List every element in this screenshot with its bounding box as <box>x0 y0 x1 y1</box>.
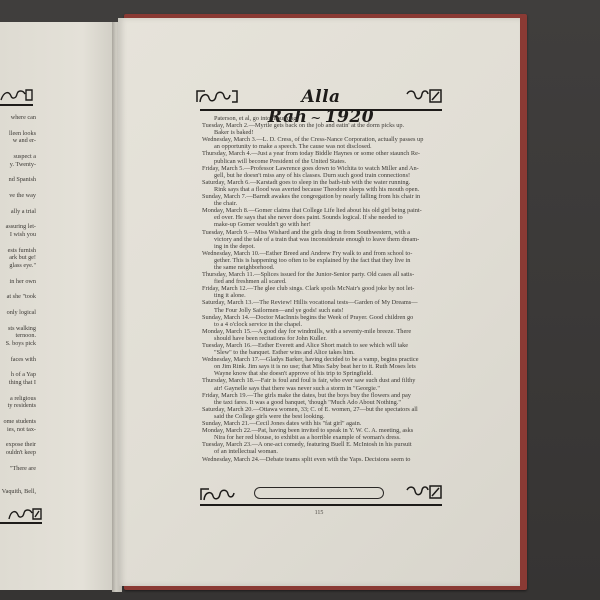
diary-entry-continuation: "Slew" to the banquet. Esther wins and A… <box>202 349 434 356</box>
page-header: Alla Rah~1920 <box>196 87 442 109</box>
diary-entry-continuation: of an intellectual woman. <box>202 448 434 455</box>
diary-entry: Tuesday, March 9.—Miss Wishard and the g… <box>202 229 434 250</box>
diary-entry-continuation: an opportunity to make a speech. The cau… <box>202 143 434 150</box>
left-page-line-fragment: suspect a <box>0 153 36 161</box>
diary-entry-first-line: Monday, March 22.—Pat, having been invit… <box>202 427 434 434</box>
left-page-line-fragment <box>0 145 36 153</box>
page-footer <box>200 484 442 504</box>
diary-entry-continuation: to a 4 o'clock service in the chapel. <box>202 321 434 328</box>
left-page-line-fragment: expose their <box>0 441 36 449</box>
diary-entry-first-line: Friday, March 19.—The girls make the dat… <box>202 392 434 399</box>
diary-entry: Friday, March 19.—The girls make the dat… <box>202 392 434 406</box>
left-page: where can lleen looksw and er- suspect a… <box>0 22 118 590</box>
diary-entry: Wednesday, March 24.—Debate teams split … <box>202 456 434 463</box>
left-page-line-fragment <box>0 457 36 465</box>
left-page-line-fragment: ests furnish <box>0 247 36 255</box>
diary-entry-continuation: victory and the tale of a train that was… <box>202 236 434 243</box>
left-page-line-fragment: lleen looks <box>0 130 36 138</box>
diary-entry: Friday, March 5.—Professor Lawrence goes… <box>202 165 434 179</box>
diary-entry-continuation: Wayne know that she doesn't approve of h… <box>202 370 434 377</box>
diary-entries: Paterson, et al, go into mourning.Tuesda… <box>202 115 434 463</box>
left-page-line-fragment: only logical <box>0 309 36 317</box>
diary-entry: Friday, March 12.—The glee club sings. C… <box>202 285 434 299</box>
left-page-line-fragment: in her own <box>0 278 36 286</box>
left-page-line-fragment: glass eye." <box>0 262 36 270</box>
page-number: 115 <box>118 510 520 516</box>
left-page-line-fragment: ome students <box>0 418 36 426</box>
diary-entry-continuation: said the College girls were the best loo… <box>202 413 434 420</box>
left-page-line-fragment: ark but ge! <box>0 254 36 262</box>
left-page-line-fragment <box>0 434 36 442</box>
diary-entry: Thursday, March 11.—Splices issued for t… <box>202 271 434 285</box>
diary-entry-first-line: Monday, March 8.—Gomer claims that Colle… <box>202 207 434 214</box>
left-page-line-fragment: ies, not tax- <box>0 426 36 434</box>
footer-rule <box>200 504 442 506</box>
diary-entry: Saturday, March 20.—Ottawa women, 33; C.… <box>202 406 434 420</box>
diary-entry-continuation: The Four Jolly Sailormen—and ye gods! su… <box>202 307 434 314</box>
right-page: Alla Rah~1920 Paterson, et al, go into m… <box>118 18 520 586</box>
diary-entry-continuation: on Jim Rink. Jim says it is no use; that… <box>202 363 434 370</box>
left-page-line-fragment: nd Spanish <box>0 176 36 184</box>
diary-entry: Paterson, et al, go into mourning. <box>202 115 434 122</box>
diary-entry-continuation: gether. This is happening too often to b… <box>202 257 434 264</box>
diary-entry: Wednesday, March 10.—Esther Breed and An… <box>202 250 434 271</box>
diary-entry-continuation: ing in the depot. <box>202 243 434 250</box>
diary-entry-continuation: fied and freshmen all scared. <box>202 278 434 285</box>
left-page-line-fragment <box>0 215 36 223</box>
left-page-header-ornament-icon <box>0 88 33 102</box>
left-page-line-fragment: ally a trial <box>0 208 36 216</box>
diary-entry-continuation: air! Gaynelle says that there was never … <box>202 385 434 392</box>
left-page-line-fragment: ternoon. <box>0 332 36 340</box>
diary-entry-first-line: Saturday, March 6.—Karstadt goes to slee… <box>202 179 434 186</box>
left-page-line-fragment <box>0 301 36 309</box>
left-page-line-fragment: w and er- <box>0 137 36 145</box>
diary-entry-first-line: Sunday, March 7.—Barndt awakes the congr… <box>202 193 434 200</box>
left-page-line-fragment <box>0 270 36 278</box>
diary-entry: Thursday, March 4.—Just a year from toda… <box>202 150 434 164</box>
header-right-ornament-icon <box>406 88 442 104</box>
diary-entry: Saturday, March 13.—The Review! Hillis v… <box>202 299 434 313</box>
header-rule <box>200 109 442 111</box>
diary-entry-first-line: Friday, March 5.—Professor Lawrence goes… <box>202 165 434 172</box>
diary-entry-first-line: Sunday, March 21.—Cecil Jones dates with… <box>202 420 434 427</box>
diary-entry-continuation: ting it alone. <box>202 292 434 299</box>
diary-entry-continuation: ed over. He says that she never does pai… <box>202 214 434 221</box>
diary-entry-continuation: gell, but he doesn't miss any of his cla… <box>202 172 434 179</box>
diary-entry-continuation: Nira for her red blouse, to exhibit as a… <box>202 434 434 441</box>
diary-entry: Tuesday, March 2.—Myrtle gets back on th… <box>202 122 434 136</box>
diary-entry-continuation: the taxi fares. It was a good banquet, '… <box>202 399 434 406</box>
left-page-header-rule <box>0 104 33 106</box>
left-page-line-fragment <box>0 200 36 208</box>
left-page-footer-rule <box>0 522 42 524</box>
left-page-line-fragment <box>0 169 36 177</box>
diary-entry: Thursday, March 18.—Fair is foul and fou… <box>202 377 434 391</box>
diary-entry: Tuesday, March 23.—A one-act comedy, fea… <box>202 441 434 455</box>
left-page-line-fragment <box>0 473 36 481</box>
diary-entry-continuation: Baker is baked! <box>202 129 434 136</box>
diary-entry-first-line: Thursday, March 11.—Splices issued for t… <box>202 271 434 278</box>
left-page-line-fragment: where can <box>0 114 36 122</box>
left-page-line-fragment <box>0 348 36 356</box>
left-page-line-fragment <box>0 286 36 294</box>
diary-entry-first-line: Paterson, et al, go into mourning. <box>202 115 434 122</box>
diary-entry: Wednesday, March 3.—L. D. Cress, of the … <box>202 136 434 150</box>
left-page-line-fragment: thing that I <box>0 379 36 387</box>
diary-entry-first-line: Monday, March 15.—A good day for windmil… <box>202 328 434 335</box>
diary-entry: Saturday, March 6.—Karstadt goes to slee… <box>202 179 434 193</box>
diary-entry: Monday, March 8.—Gomer claims that Colle… <box>202 207 434 228</box>
left-page-line-fragment: a religious <box>0 395 36 403</box>
left-page-line-fragment <box>0 410 36 418</box>
left-page-line-fragment <box>0 122 36 130</box>
diary-entry-continuation: make-up Gomer wouldn't go with her! <box>202 221 434 228</box>
photo-background: where can lleen looksw and er- suspect a… <box>0 0 600 600</box>
diary-entry: Sunday, March 7.—Barndt awakes the congr… <box>202 193 434 207</box>
diary-entry: Monday, March 15.—A good day for windmil… <box>202 328 434 342</box>
left-page-line-fragment <box>0 317 36 325</box>
diary-entry: Monday, March 22.—Pat, having been invit… <box>202 427 434 441</box>
diary-entry: Sunday, March 21.—Cecil Jones dates with… <box>202 420 434 427</box>
left-page-line-fragment <box>0 387 36 395</box>
diary-entry-first-line: Thursday, March 4.—Just a year from toda… <box>202 150 434 157</box>
diary-entry-first-line: Wednesday, March 17.—Gladys Barker, havi… <box>202 356 434 363</box>
diary-entry-first-line: Wednesday, March 3.—L. D. Cress, of the … <box>202 136 434 143</box>
footer-left-ornament-icon <box>200 486 242 502</box>
left-page-line-fragment: "There are <box>0 465 36 473</box>
diary-entry-first-line: Friday, March 12.—The glee club sings. C… <box>202 285 434 292</box>
footer-capsule-frame <box>254 487 384 499</box>
diary-entry-first-line: Tuesday, March 9.—Miss Wishard and the g… <box>202 229 434 236</box>
diary-entry-first-line: Tuesday, March 2.—Myrtle gets back on th… <box>202 122 434 129</box>
left-page-line-fragment: ty residents <box>0 402 36 410</box>
diary-entry-first-line: Sunday, March 14.—Doctor MacInnis begins… <box>202 314 434 321</box>
left-page-line-fragment: at she "took <box>0 293 36 301</box>
left-page-text-fragments: where can lleen looksw and er- suspect a… <box>0 114 36 496</box>
diary-entry-first-line: Wednesday, March 24.—Debate teams split … <box>202 456 434 463</box>
left-page-footer-ornament-icon <box>8 507 42 521</box>
diary-entry-continuation: should have been recitations for John Ku… <box>202 335 434 342</box>
diary-entry-continuation: the same neighborhood. <box>202 264 434 271</box>
left-page-line-fragment: Vaquith, Bell, <box>0 488 36 496</box>
left-page-line-fragment <box>0 480 36 488</box>
diary-entry-first-line: Wednesday, March 10.—Esther Breed and An… <box>202 250 434 257</box>
left-page-line-fragment: y. Twenty- <box>0 161 36 169</box>
diary-entry-continuation: Rink says that a flood was averted becau… <box>202 186 434 193</box>
left-page-line-fragment: I wish you <box>0 231 36 239</box>
left-page-line-fragment <box>0 239 36 247</box>
diary-entry-continuation: the chair. <box>202 200 434 207</box>
left-page-line-fragment: sts walking <box>0 325 36 333</box>
left-page-line-fragment: faces with <box>0 356 36 364</box>
diary-entry-first-line: Saturday, March 20.—Ottawa women, 33; C.… <box>202 406 434 413</box>
diary-entry: Tuesday, March 16.—Esther Everett and Al… <box>202 342 434 356</box>
left-page-line-fragment: h of a Yap <box>0 371 36 379</box>
left-page-line-fragment <box>0 184 36 192</box>
footer-right-ornament-icon <box>406 484 442 500</box>
header-left-ornament-icon <box>196 88 238 104</box>
diary-entry: Sunday, March 14.—Doctor MacInnis begins… <box>202 314 434 328</box>
left-page-line-fragment: S. boys pick <box>0 340 36 348</box>
left-page-line-fragment <box>0 364 36 372</box>
diary-entry-first-line: Saturday, March 13.—The Review! Hillis v… <box>202 299 434 306</box>
left-page-line-fragment: ouldn't keep <box>0 449 36 457</box>
diary-entry: Wednesday, March 17.—Gladys Barker, havi… <box>202 356 434 377</box>
diary-entry-continuation: publican will become President of the Un… <box>202 158 434 165</box>
diary-entry-first-line: Tuesday, March 16.—Esther Everett and Al… <box>202 342 434 349</box>
left-page-line-fragment: assuring let- <box>0 223 36 231</box>
left-page-line-fragment: ve the way <box>0 192 36 200</box>
diary-entry-first-line: Tuesday, March 23.—A one-act comedy, fea… <box>202 441 434 448</box>
diary-entry-first-line: Thursday, March 18.—Fair is foul and fou… <box>202 377 434 384</box>
